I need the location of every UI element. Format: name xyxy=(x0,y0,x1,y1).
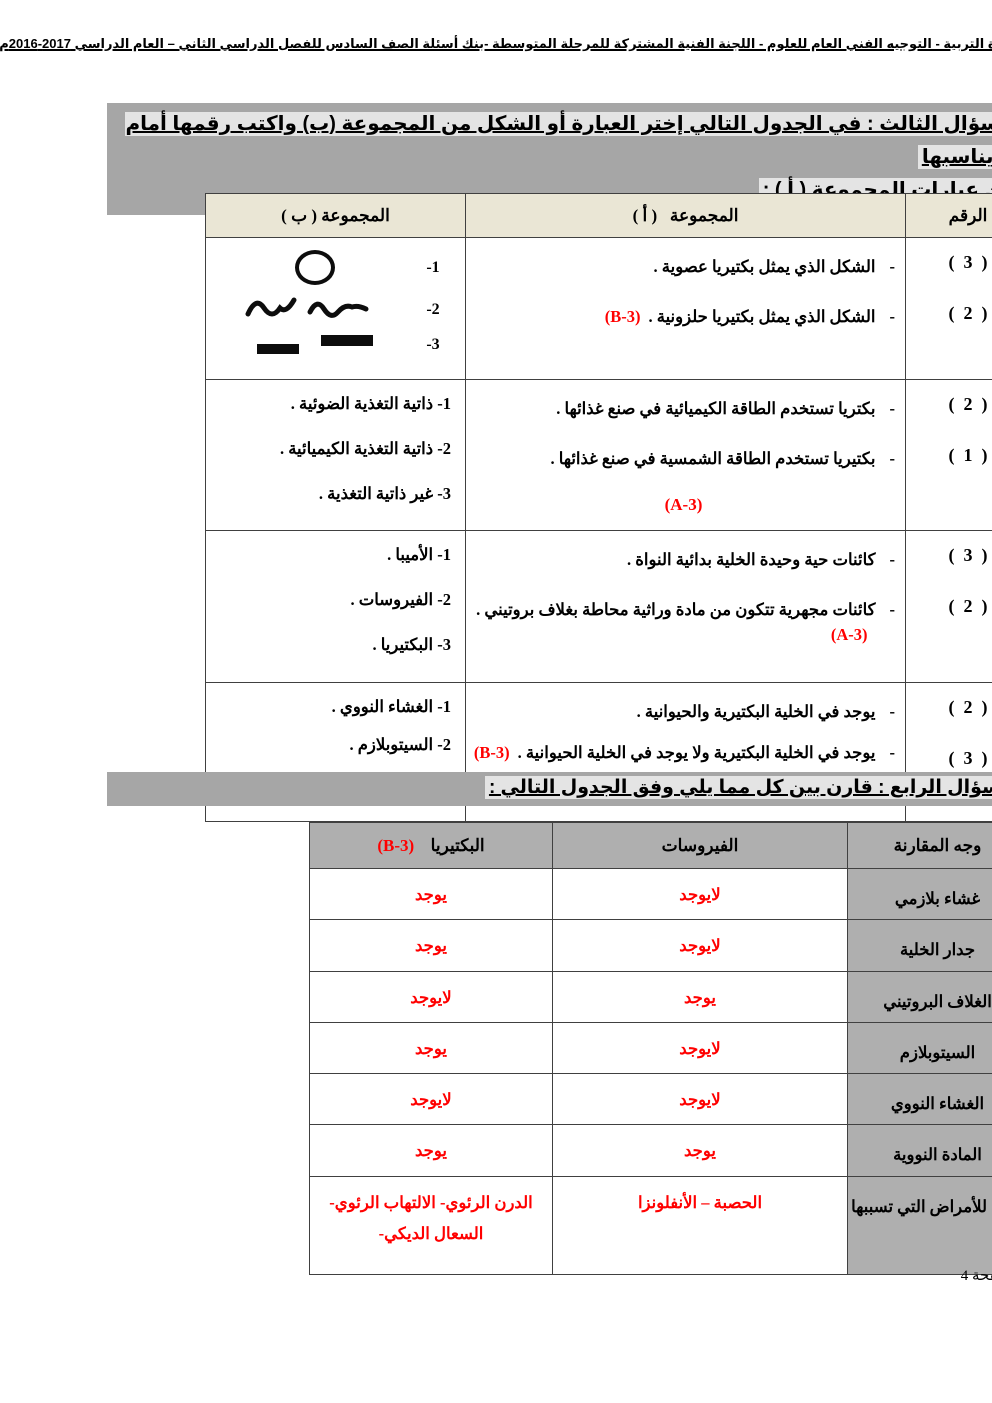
document-header: وزارة التربية - التوجيه الفني العام للعل… xyxy=(42,36,950,52)
table-row: السيتوبلازم لايوجد يوجد xyxy=(237,1022,955,1073)
aspect-cell: الغشاء النووي xyxy=(775,1074,955,1125)
group-b-shape-item: 3- xyxy=(141,335,378,354)
table-row: الغشاء النووي لايوجد لايوجد xyxy=(237,1074,955,1125)
question3-title-text-1: السؤال الثالث : في الجدول التالي إختر ال… xyxy=(52,112,946,169)
question4-title-line: السؤال الرابع : قارن بين كل مما يلي وفق … xyxy=(40,775,946,801)
number-answer-slot: ( 2 ) xyxy=(833,596,957,617)
group-a-item: - يوجد في الخلية البكتيرية والحيوانية . xyxy=(399,699,822,725)
dash-bullet: - xyxy=(817,740,823,766)
dash-bullet: - xyxy=(817,304,823,330)
aspect-cell: الغلاف البروتيني xyxy=(775,971,955,1022)
group-b-cell: 1- ذاتية التغذية الضوئية . 2- ذاتية التغ… xyxy=(133,380,393,531)
group-a-item-text: بكتريا تستخدم الطاقة الكيميائية في صنع غ… xyxy=(483,396,802,422)
group-b-cell: 1- الأميبا . 2- الفيروسات . 3- البكتيريا… xyxy=(133,531,393,682)
number-answer-cell: ( 2 ) ( 1 ) xyxy=(833,380,958,531)
group-a-item: - الشكل الذي يمثل بكتيريا عصوية . xyxy=(399,254,822,280)
viruses-value-cell: يوجد xyxy=(480,971,775,1022)
group-a-item-text: الشكل الذي يمثل بكتيريا عصوية . xyxy=(581,254,803,280)
bacteria-value-cell: الدرن الرئوي- الالتهاب الرئوي- السعال ال… xyxy=(237,1176,480,1274)
col-header-group-b: المجموعة ( ب ) xyxy=(133,194,393,238)
table-row: المادة النووية يوجد يوجد xyxy=(237,1125,955,1176)
table-row: ( 2 ) ( 1 ) - بكتريا تستخدم الطاقة الكيم… xyxy=(133,380,958,531)
group-b-item: 2- السيتوبلازم . xyxy=(141,733,378,758)
question4-title-bar: السؤال الرابع : قارن بين كل مما يلي وفق … xyxy=(34,772,952,806)
table-row: الغلاف البروتيني يوجد لايوجد xyxy=(237,971,955,1022)
group-a-cell: - بكتريا تستخدم الطاقة الكيميائية في صنع… xyxy=(393,380,833,531)
aspect-cell: غشاء بلازمي xyxy=(775,869,955,920)
number-answer-cell: ( 3 ) ( 2 ) xyxy=(833,531,958,682)
number-answer-slot: ( 2 ) xyxy=(833,394,957,415)
table-row: ( 3 ) ( 2 ) - كائنات حية وحيدة الخلية بد… xyxy=(133,531,958,682)
circle-bacteria-shape xyxy=(141,250,342,285)
col-header-viruses: الفيروسات xyxy=(480,823,775,869)
number-answer-slot: ( 2 ) xyxy=(833,697,957,718)
group-b-shape-item: 1- xyxy=(141,250,378,285)
viruses-value-cell: لايوجد xyxy=(480,869,775,920)
question4-title-text: السؤال الرابع : قارن بين كل مما يلي وفق … xyxy=(412,776,946,799)
aspect-cell: المادة النووية xyxy=(775,1125,955,1176)
answer-code: (A-3) xyxy=(399,495,822,515)
viruses-value-cell: لايوجد xyxy=(480,1022,775,1073)
bacteria-value-cell: لايوجد xyxy=(237,1074,480,1125)
group-a-cell: - الشكل الذي يمثل بكتيريا عصوية . - الشك… xyxy=(393,238,833,380)
col-header-aspect: وجه المقارنة xyxy=(775,823,955,869)
bacteria-value-cell: لايوجد xyxy=(237,971,480,1022)
group-b-item: 2- ذاتية التغذية الكيميائية . xyxy=(141,437,378,462)
bacteria-value-cell: يوجد xyxy=(237,920,480,971)
group-b-item: 1- الأميبا . xyxy=(141,543,378,568)
page-number: الصفحة 4 xyxy=(888,1266,946,1285)
group-a-item-sentence: يوجد في الخلية البكتيرية ولا يوجد في الخ… xyxy=(445,743,803,762)
col-header-bacteria: البكتيريا (B-3) xyxy=(237,823,480,869)
group-b-item: 2- الفيروسات . xyxy=(141,588,378,613)
group-b-item: 1- الغشاء النووي . xyxy=(141,695,378,720)
group-a-item-text: كائنات مجهرية تتكون من مادة وراثية محاطة… xyxy=(399,597,803,648)
group-a-item: - الشكل الذي يمثل بكتيريا حلزونية .(B-3) xyxy=(399,304,822,330)
col-header-group-a: المجموعة ( أ ) xyxy=(393,194,833,238)
group-a-item: - يوجد في الخلية البكتيرية ولا يوجد في ا… xyxy=(399,740,822,766)
q3-matching-table: الرقم المجموعة ( أ ) المجموعة ( ب ) ( 3 … xyxy=(132,193,958,822)
group-a-item: - كائنات مجهرية تتكون من مادة وراثية محا… xyxy=(399,597,822,648)
answer-code: (B-3) xyxy=(304,836,349,855)
col-header-bacteria-label: البكتيريا xyxy=(358,836,412,855)
dash-bullet: - xyxy=(817,547,823,573)
aspect-cell: السيتوبلازم xyxy=(775,1022,955,1073)
viruses-value-cell: يوجد xyxy=(480,1125,775,1176)
shape-item-number: 1- xyxy=(342,259,378,277)
shape-item-number: 3- xyxy=(342,336,378,354)
number-answer-cell: ( 3 ) ( 2 ) xyxy=(833,238,958,380)
group-a-item-text: بكتيريا تستخدم الطاقة الشمسية في صنع غذا… xyxy=(477,446,802,472)
table-row: ( 3 ) ( 2 ) - الشكل الذي يمثل بكتيريا عص… xyxy=(133,238,958,380)
dash-bullet: - xyxy=(817,396,823,422)
dash-bullet: - xyxy=(817,699,823,725)
answer-code: (B-3) xyxy=(532,307,576,326)
group-b-item: 1- ذاتية التغذية الضوئية . xyxy=(141,392,378,417)
number-answer-slot: ( 2 ) xyxy=(833,303,957,324)
aspect-cell: جدار الخلية xyxy=(775,920,955,971)
group-b-shape-item: 2- xyxy=(141,294,378,326)
dash-bullet: - xyxy=(817,254,823,280)
number-answer-slot: ( 3 ) xyxy=(833,545,957,566)
viruses-value-cell: الحصبة – الأنفلونزا xyxy=(480,1176,775,1274)
group-a-item-sentence: كائنات مجهرية تتكون من مادة وراثية محاطة… xyxy=(403,600,802,619)
dash-bullet: - xyxy=(817,597,823,623)
group-b-item: 3- البكتيريا . xyxy=(141,633,378,658)
answer-code: (A-3) xyxy=(758,625,803,644)
viruses-value-cell: لايوجد xyxy=(480,1074,775,1125)
table-row: جدار الخلية لايوجد يوجد xyxy=(237,920,955,971)
q4-header-row: وجه المقارنة الفيروسات البكتيريا (B-3) xyxy=(237,823,955,869)
table-row: أمثلة للأمراض التي تسببها الحصبة – الأنف… xyxy=(237,1176,955,1274)
group-a-item-text: يوجد في الخلية البكتيرية والحيوانية . xyxy=(564,699,803,725)
spiral-bacteria-shape xyxy=(141,294,342,326)
q3-header-row: الرقم المجموعة ( أ ) المجموعة ( ب ) xyxy=(133,194,958,238)
group-a-item: - بكتريا تستخدم الطاقة الكيميائية في صنع… xyxy=(399,396,822,422)
bacteria-value-cell: يوجد xyxy=(237,1125,480,1176)
aspect-cell: أمثلة للأمراض التي تسببها xyxy=(775,1176,955,1274)
group-b-cell: 1- 2- 3- xyxy=(133,238,393,380)
number-answer-slot: ( 1 ) xyxy=(833,445,957,466)
col-header-number: الرقم xyxy=(833,194,958,238)
table-row: غشاء بلازمي لايوجد يوجد xyxy=(237,869,955,920)
viruses-value-cell: لايوجد xyxy=(480,920,775,971)
answer-code: (B-3) xyxy=(401,743,445,762)
group-a-item: - كائنات حية وحيدة الخلية بدائية النواة … xyxy=(399,547,822,573)
number-answer-slot: ( 3 ) xyxy=(833,748,957,769)
group-a-item-text: الشكل الذي يمثل بكتيريا حلزونية .(B-3) xyxy=(532,304,803,330)
group-a-item-text: يوجد في الخلية البكتيرية ولا يوجد في الخ… xyxy=(401,740,803,766)
bacteria-value-cell: يوجد xyxy=(237,1022,480,1073)
dash-bullet: - xyxy=(817,446,823,472)
number-answer-slot: ( 3 ) xyxy=(833,252,957,273)
shape-item-number: 2- xyxy=(342,301,378,319)
bacteria-value-cell: يوجد xyxy=(237,869,480,920)
group-a-item: - بكتيريا تستخدم الطاقة الشمسية في صنع غ… xyxy=(399,446,822,472)
group-a-cell: - كائنات حية وحيدة الخلية بدائية النواة … xyxy=(393,531,833,682)
group-a-item-sentence: الشكل الذي يمثل بكتيريا حلزونية . xyxy=(575,307,802,326)
q4-comparison-table: وجه المقارنة الفيروسات البكتيريا (B-3) غ… xyxy=(236,822,955,1275)
group-b-item: 3- غير ذاتية التغذية . xyxy=(141,482,378,507)
question3-title-line-1: السؤال الثالث : في الجدول التالي إختر ال… xyxy=(40,108,946,174)
rod-bacteria-shape xyxy=(141,335,342,354)
group-a-item-text: كائنات حية وحيدة الخلية بدائية النواة . xyxy=(554,547,803,573)
